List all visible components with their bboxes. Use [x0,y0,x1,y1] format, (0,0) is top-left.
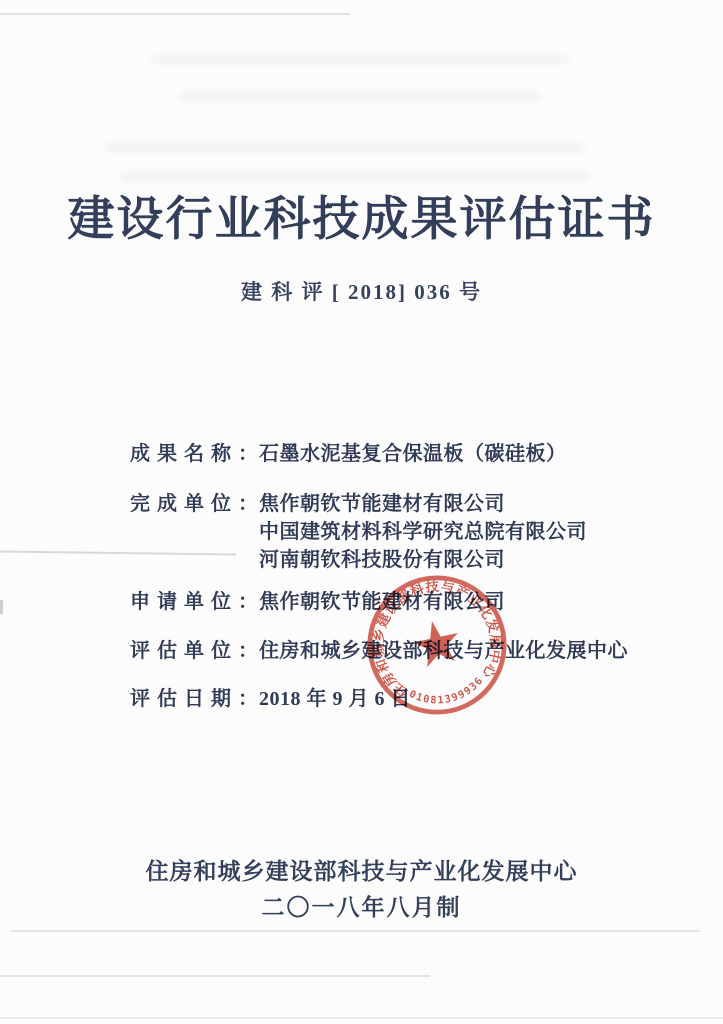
field-value: 中国建筑材料科学研究总院有限公司 [259,518,587,546]
field-completing-units: 完 成 单 位 ： 焦作朝钦节能建材有限公司 中国建筑材料科学研究总院有限公司 … [130,490,587,574]
field-label: 评 估 单 位 ： [130,637,259,665]
field-value: 住房和城乡建设部科技与产业化发展中心 [259,637,628,665]
field-value-group: 2018 年 9 月 6 日 [259,685,411,713]
field-value: 石墨水泥基复合保温板（碳硅板） [259,440,567,468]
field-value-group: 焦作朝钦节能建材有限公司 [259,588,505,616]
field-value: 河南朝钦科技股份有限公司 [259,546,587,574]
field-label: 完 成 单 位 ： [130,490,259,518]
field-label: 申 请 单 位 ： [130,588,259,616]
field-evaluating-unit: 评 估 单 位 ： 住房和城乡建设部科技与产业化发展中心 [130,637,628,665]
seal-serial-number: 01081399936 [405,673,489,713]
field-value-group: 石墨水泥基复合保温板（碳硅板） [259,440,567,468]
scan-line-top [0,13,350,15]
certificate-number: 建 科 评 [ 2018] 036 号 [0,276,723,306]
field-value: 焦作朝钦节能建材有限公司 [259,588,505,616]
field-applicant-unit: 申 请 单 位 ： 焦作朝钦节能建材有限公司 [130,588,505,616]
ghost-bleed-1 [150,55,570,63]
footer-issuer: 住房和城乡建设部科技与产业化发展中心 [0,853,723,886]
scan-line-bottom-2 [0,975,430,977]
field-value-group: 住房和城乡建设部科技与产业化发展中心 [259,637,628,665]
ghost-bleed-2 [180,92,540,102]
field-value-group: 焦作朝钦节能建材有限公司 中国建筑材料科学研究总院有限公司 河南朝钦科技股份有限… [259,490,587,574]
footer-made-date: 二〇一八年八月制 [0,889,723,922]
field-value: 焦作朝钦节能建材有限公司 [259,490,587,518]
field-label: 成 果 名 称 ： [130,440,259,468]
scan-edge-tick [0,600,3,614]
field-achievement-name: 成 果 名 称 ： 石墨水泥基复合保温板（碳硅板） [130,440,567,468]
certificate-page: 建设行业科技成果评估证书 建 科 评 [ 2018] 036 号 成 果 名 称… [0,0,723,1024]
field-evaluation-date: 评 估 日 期 ： 2018 年 9 月 6 日 [130,685,411,713]
scan-line-bottom-3 [0,1017,723,1019]
ghost-bleed-3 [105,143,585,152]
ghost-bleed-4 [120,172,590,182]
field-label: 评 估 日 期 ： [130,685,259,713]
scan-line-bottom-1 [10,930,700,932]
certificate-title: 建设行业科技成果评估证书 [0,190,723,250]
field-value: 2018 年 9 月 6 日 [259,685,411,713]
